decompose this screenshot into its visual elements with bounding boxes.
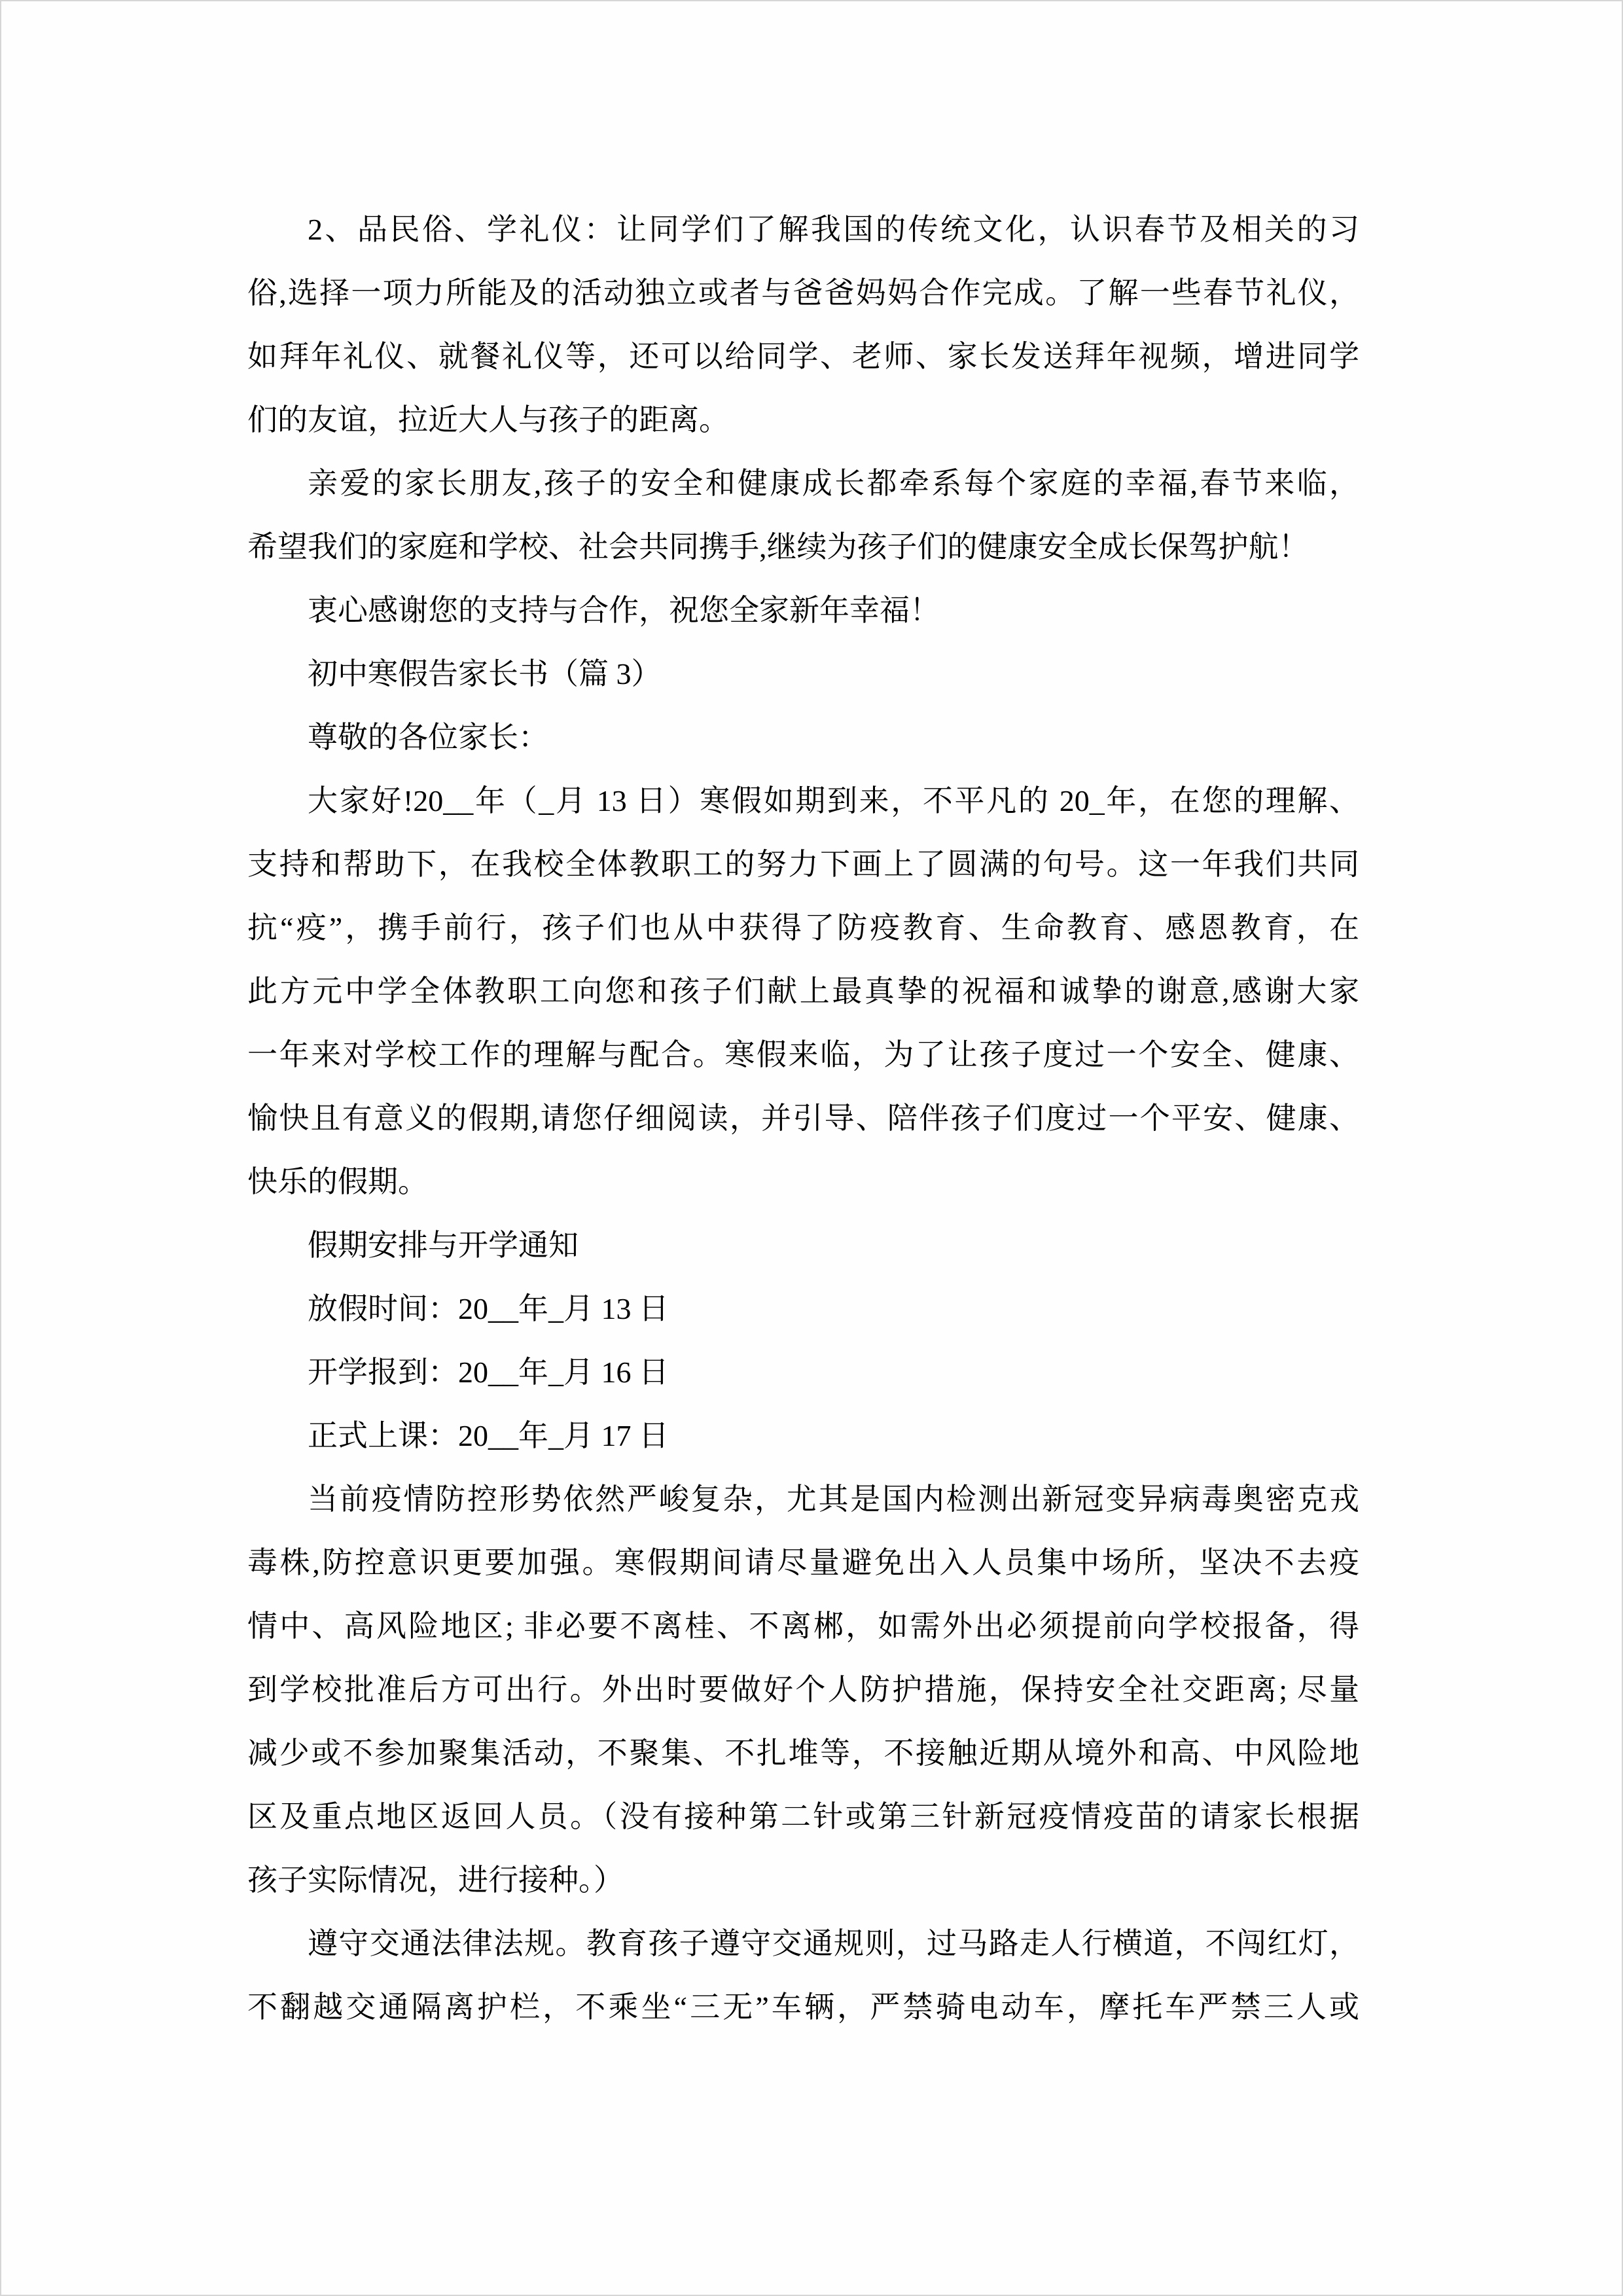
subsection-title: 假期安排与开学通知	[247, 1213, 1359, 1277]
text-line: 俗,选择一项力所能及的活动独立或者与爸爸妈妈合作完成。了解一些春节礼仪，	[247, 261, 1359, 325]
text-line: 们的友谊，拉近大人与孩子的距离。	[247, 388, 1359, 452]
schedule-classes-begin: 正式上课：20__年_月 17 日	[247, 1404, 1359, 1467]
text-line: 减少或不参加聚集活动，不聚集、不扎堆等，不接触近期从境外和高、中风险地	[247, 1721, 1359, 1785]
document-page: 2、品民俗、学礼仪：让同学们了解我国的传统文化，认识春节及相关的习 俗,选择一项…	[0, 0, 1623, 2296]
schedule-registration: 开学报到：20__年_月 16 日	[247, 1340, 1359, 1404]
text-line: 毒株,防控意识更要加强。寒假期间请尽量避免出入人员集中场所，坚决不去疫	[247, 1531, 1359, 1594]
text-line: 区及重点地区返回人员。（没有接种第二针或第三针新冠疫情疫苗的请家长根据	[247, 1785, 1359, 1848]
text-line: 愉快且有意义的假期,请您仔细阅读，并引导、陪伴孩子们度过一个平安、健康、	[247, 1086, 1359, 1150]
text-line: 支持和帮助下，在我校全体教职工的努力下画上了圆满的句号。这一年我们共同	[247, 833, 1359, 896]
text-line: 希望我们的家庭和学校、社会共同携手,继续为孩子们的健康安全成长保驾护航！	[247, 515, 1359, 579]
text-line: 此方元中学全体教职工向您和孩子们献上最真挚的祝福和诚挚的谢意,感谢大家	[247, 960, 1359, 1023]
text-line: 遵守交通法律法规。教育孩子遵守交通规则，过马路走人行横道，不闯红灯，	[247, 1912, 1359, 1975]
text-line: 大家好!20__年（_月 13 日）寒假如期到来，不平凡的 20_年，在您的理解…	[247, 769, 1359, 833]
text-line: 孩子实际情况，进行接种。）	[247, 1848, 1359, 1912]
text-line: 2、品民俗、学礼仪：让同学们了解我国的传统文化，认识春节及相关的习	[247, 198, 1359, 261]
section-title: 初中寒假告家长书（篇 3）	[247, 642, 1359, 706]
text-line: 到学校批准后方可出行。外出时要做好个人防护措施，保持安全社交距离; 尽量	[247, 1658, 1359, 1721]
document-body: 2、品民俗、学礼仪：让同学们了解我国的传统文化，认识春节及相关的习 俗,选择一项…	[247, 198, 1359, 2039]
text-line: 衷心感谢您的支持与合作，祝您全家新年幸福！	[247, 579, 1359, 642]
text-line: 亲爱的家长朋友,孩子的安全和健康成长都牵系每个家庭的幸福,春节来临，	[247, 452, 1359, 515]
salutation: 尊敬的各位家长：	[247, 706, 1359, 769]
text-line: 一年来对学校工作的理解与配合。寒假来临，为了让孩子度过一个安全、健康、	[247, 1023, 1359, 1086]
text-line: 不翻越交通隔离护栏，不乘坐“三无”车辆，严禁骑电动车，摩托车严禁三人或	[247, 1975, 1359, 2039]
text-line: 抗“疫”，携手前行，孩子们也从中获得了防疫教育、生命教育、感恩教育，在	[247, 896, 1359, 960]
text-line: 快乐的假期。	[247, 1150, 1359, 1213]
text-line: 当前疫情防控形势依然严峻复杂，尤其是国内检测出新冠变异病毒奥密克戎	[247, 1467, 1359, 1531]
text-line: 如拜年礼仪、就餐礼仪等，还可以给同学、老师、家长发送拜年视频，增进同学	[247, 325, 1359, 388]
schedule-vacation-start: 放假时间：20__年_月 13 日	[247, 1277, 1359, 1340]
text-line: 情中、高风险地区; 非必要不离桂、不离郴，如需外出必须提前向学校报备，得	[247, 1594, 1359, 1658]
